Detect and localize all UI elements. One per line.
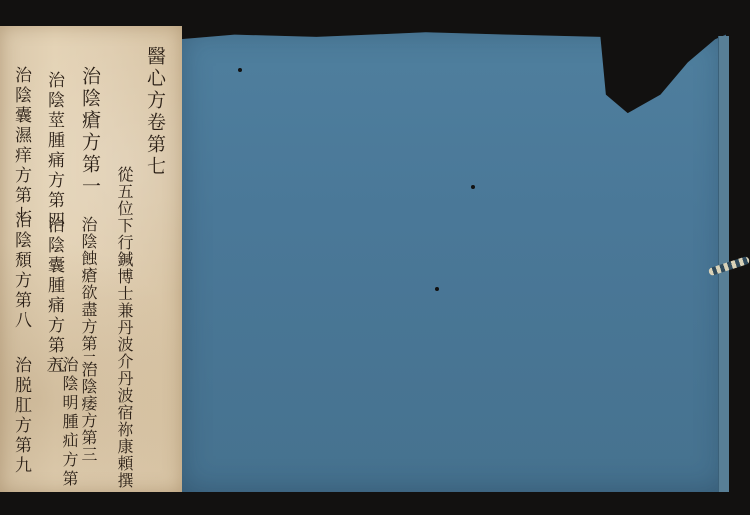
wormhole <box>238 68 242 72</box>
content-item: 治陰瘡方第一 <box>80 66 99 198</box>
wormhole <box>471 185 475 189</box>
content-item: 治陰頹方第八 <box>12 211 29 331</box>
manuscript-scroll: 醫心方卷第七 從五位下行鍼博士兼丹波介丹波宿祢康頼撰 治陰瘡方第一 治陰蝕瘡欲盡… <box>0 0 750 515</box>
manuscript-title: 醫心方卷第七 <box>145 46 164 178</box>
content-item: 治陰囊腫痛方第五 <box>45 216 62 376</box>
content-item: 治陰囊濕痒方第七 <box>12 66 29 226</box>
content-item: 治陰莖腫痛方第四 <box>45 71 62 231</box>
manuscript-page: 醫心方卷第七 從五位下行鍼博士兼丹波介丹波宿祢康頼撰 治陰瘡方第一 治陰蝕瘡欲盡… <box>0 26 182 492</box>
content-item: 治陰痿方第三 <box>80 361 96 463</box>
blue-cover-sheet <box>180 30 726 492</box>
content-item: 治脱肛方第九 <box>12 356 29 476</box>
content-item: 治陰蝕瘡欲盡方第二 <box>80 216 96 369</box>
author-line: 從五位下行鍼博士兼丹波介丹波宿祢康頼撰 <box>116 166 132 489</box>
content-item: 治陰明腫疝方第六 <box>45 356 77 492</box>
wormhole <box>435 287 439 291</box>
